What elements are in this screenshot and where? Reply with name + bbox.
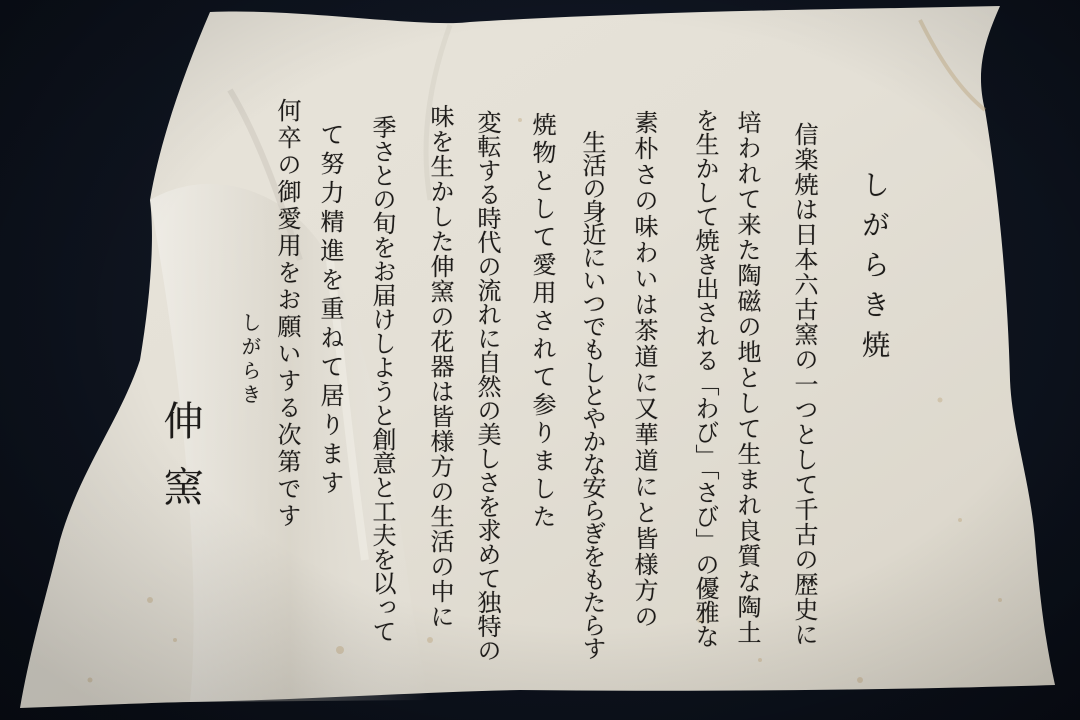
document-title: しがらき焼: [860, 170, 888, 370]
photo-scene: しがらき焼 信楽焼は日本六古窯の一つとして千古の歴史に 培われて来た陶磁の地とし…: [0, 0, 1080, 720]
body-column-7: 変転する時代の流れに自然の美しさを求めて独特の: [475, 110, 499, 662]
body-column-6: 焼物として愛用されて参りました: [530, 112, 554, 532]
signature-kiln-name: 伸窯: [160, 400, 200, 532]
body-column-10: て努力精進を重ねて居ります: [318, 122, 342, 499]
body-column-2: 培われて来た陶磁の地として生まれ良質な陶土: [735, 110, 759, 646]
body-column-11: 何卒の御愛用をお願いする次第です: [275, 98, 299, 530]
body-column-3: を生かして焼き出される「わび」「さび」の優雅な: [693, 108, 717, 648]
body-column-5: 生活の身近にいつでもしとやかな安らぎをもたらす: [580, 130, 604, 659]
signature-place: しがらき: [240, 312, 260, 408]
body-column-9: 季さとの旬をお届けしようと創意と工夫を以って: [370, 115, 394, 643]
body-column-4: 素朴さの味わいは茶道に又華道にと皆様方の: [632, 110, 656, 630]
body-column-1: 信楽焼は日本六古窯の一つとして千古の歴史に: [792, 122, 816, 647]
body-column-8: 味を生かした伸窯の花器は皆様方の生活の中に: [428, 104, 452, 629]
